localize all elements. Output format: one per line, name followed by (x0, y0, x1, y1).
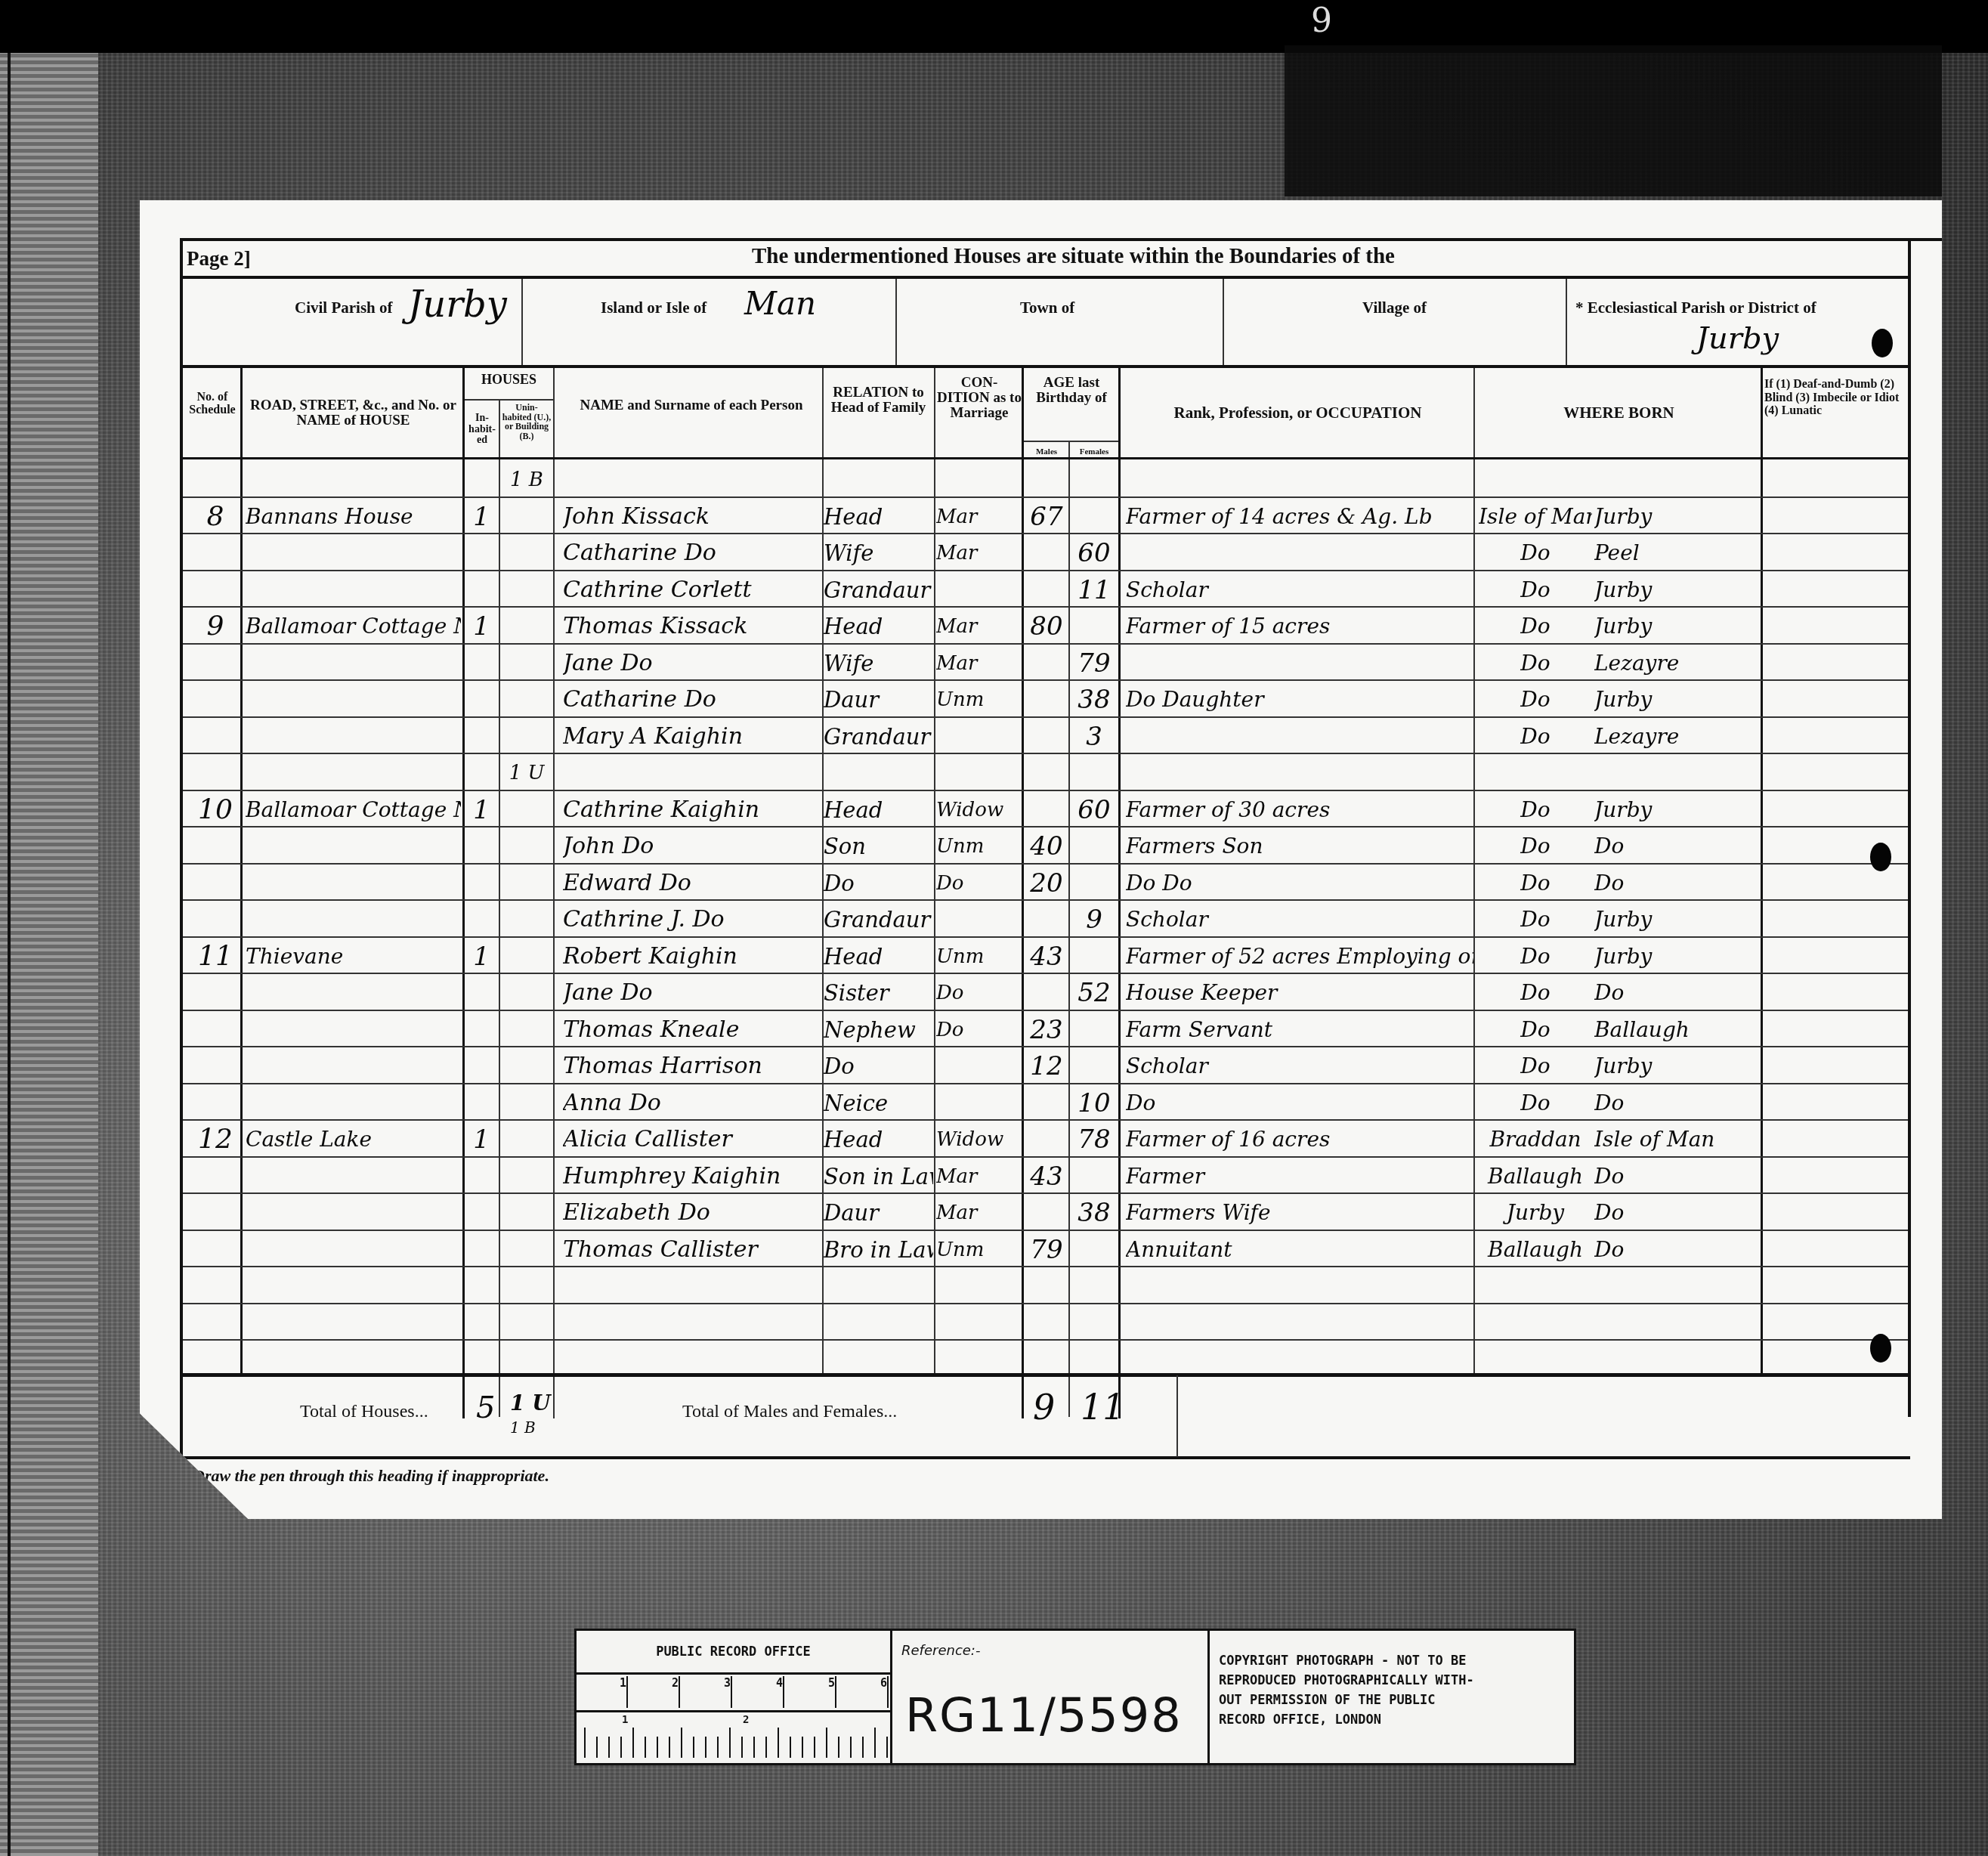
houses-subdivider (465, 399, 553, 401)
col-males-header: Males (1025, 448, 1068, 457)
row-divider (183, 1046, 1908, 1047)
cell-female-age: 52 (1071, 977, 1118, 1010)
row-divider (183, 973, 1908, 974)
cell-occupation: House Keeper (1126, 977, 1473, 1010)
frame-top (180, 238, 1988, 241)
punch-hole (1870, 1334, 1891, 1363)
cell-occupation: Farmer of 52 acres Employing one man (1126, 941, 1473, 973)
ruler-tick (886, 1737, 888, 1758)
ruler-top-line (577, 1672, 890, 1675)
cell-relation: Daur (824, 684, 933, 716)
cell-inhabited: 1 (465, 1124, 498, 1156)
totals-top-line (180, 1373, 1910, 1377)
cell-born-country: Do (1479, 1087, 1592, 1120)
reference-value: RG11/5598 (905, 1687, 1183, 1743)
ruler-tick (693, 1737, 694, 1758)
cell-born-country: Do (1479, 868, 1592, 900)
cell-born-country: Braddan (1479, 1124, 1592, 1156)
row-divider (183, 716, 1908, 718)
cell-male-age: 23 (1025, 1014, 1068, 1047)
cell-born-parish: Do (1594, 1087, 1757, 1120)
ruler-tick (645, 1737, 646, 1758)
ruler-tick (862, 1737, 864, 1758)
cell-born-parish: Do (1594, 1161, 1757, 1193)
cell-born-country: Do (1479, 684, 1592, 716)
row-divider (183, 826, 1908, 827)
cell-occupation: Do Do (1126, 868, 1473, 900)
cell-relation: Grandaur (824, 904, 933, 936)
cell-male-age: 12 (1025, 1050, 1068, 1083)
cell-name: Jane Do (563, 977, 821, 1010)
cell-condition: Mar (936, 501, 1021, 534)
row-divider (183, 899, 1908, 901)
cell-born-country: Isle of Man (1479, 501, 1592, 534)
cell-name: Thomas Kissack (563, 611, 821, 643)
cell-uninhabited: 1 U (501, 757, 552, 790)
cell-male-age: 40 (1025, 831, 1068, 863)
cell-occupation: Farmer of 15 acres (1126, 611, 1473, 643)
cell-relation: Head (824, 794, 933, 827)
ruler-cm-mark: 2 (629, 1676, 680, 1708)
ruler-tick (669, 1737, 670, 1758)
row-divider (183, 1156, 1908, 1158)
cell-male-age: 20 (1025, 868, 1068, 900)
col-relation-header: RELATION to Head of Family (824, 385, 933, 416)
cell-occupation: Farm Servant (1126, 1014, 1473, 1047)
ruler-tick (620, 1737, 622, 1758)
cell-male-age: 79 (1025, 1234, 1068, 1267)
ruler-mid-line (577, 1710, 890, 1712)
cell-condition: Do (936, 1014, 1021, 1047)
total-uninhabited: 1 U (510, 1390, 551, 1415)
row-divider (183, 863, 1908, 865)
cell-born-parish: Do (1594, 831, 1757, 863)
civil-parish-label: Civil Parish of (295, 299, 393, 317)
col-line-inhabited (499, 401, 500, 1417)
cell-name: Edward Do (563, 868, 821, 900)
row-divider (183, 1010, 1908, 1011)
cell-name: Alicia Callister (563, 1124, 821, 1156)
cell-born-parish: Do (1594, 1197, 1757, 1230)
cell-condition: Mar (936, 648, 1021, 680)
row-divider (183, 570, 1908, 571)
row-divider (183, 753, 1908, 754)
parish-divider-2 (895, 279, 897, 366)
cell-born-country: Do (1479, 1014, 1592, 1047)
cell-name: Robert Kaighin (563, 941, 821, 973)
cell-condition: Mar (936, 1197, 1021, 1230)
age-subdivider (1024, 441, 1118, 442)
cell-relation: Head (824, 941, 933, 973)
cell-name: John Kissack (563, 501, 821, 534)
cell-born-parish: Isle of Man (1594, 1124, 1757, 1156)
total-houses-label: Total of Houses... (300, 1402, 428, 1422)
cell-relation: Neice (824, 1087, 933, 1120)
cell-condition: Widow (936, 1124, 1021, 1156)
col-schedule-header: No. of Schedule (185, 391, 240, 417)
total-males: 9 (1033, 1387, 1055, 1428)
cell-occupation: Farmer of 16 acres (1126, 1124, 1473, 1156)
cell-road: Ballamoar Cottage No 2 (246, 794, 461, 827)
ecclesiastical-label: * Ecclesiastical Parish or District of (1575, 299, 1816, 317)
cell-condition: Mar (936, 537, 1021, 570)
ruler-tick (681, 1728, 682, 1758)
cell-relation: Do (824, 868, 933, 900)
cell-born-parish: Ballaugh (1594, 1014, 1757, 1047)
cell-born-country: Do (1479, 648, 1592, 680)
col-infirmity-header: If (1) Deaf-and-Dumb (2) Blind (3) Imbec… (1764, 378, 1906, 418)
cell-name: Anna Do (563, 1087, 821, 1120)
cell-born-parish: Jurby (1594, 794, 1757, 827)
row-divider (183, 1192, 1908, 1194)
cell-condition: Mar (936, 1161, 1021, 1193)
cell-born-country: Do (1479, 977, 1592, 1010)
town-label: Town of (1020, 299, 1074, 317)
totals-right-line (1176, 1375, 1178, 1457)
col-line-schedule (240, 368, 243, 1373)
col-condition-header: CON-DITION as to Marriage (937, 376, 1022, 421)
cell-occupation: Scholar (1126, 904, 1473, 936)
cell-uninhabited: 1 B (501, 464, 552, 496)
cell-name: Thomas Harrison (563, 1050, 821, 1083)
cell-schedule: 9 (193, 611, 238, 643)
parish-divider-4 (1566, 279, 1567, 366)
ruler-inch-mark: 1 (622, 1714, 628, 1726)
col-line-born (1761, 368, 1763, 1373)
cell-schedule: 10 (193, 794, 238, 827)
cell-condition: Widow (936, 794, 1021, 827)
frame-left (180, 238, 183, 1470)
cell-occupation: Farmer of 14 acres & Ag. Lb (1126, 501, 1473, 534)
cell-born-parish: Jurby (1594, 611, 1757, 643)
row-divider (183, 1083, 1908, 1084)
label-divider-1 (890, 1631, 892, 1763)
film-left-edge (0, 53, 98, 1856)
ruler-tick (632, 1728, 634, 1758)
cell-born-country: Do (1479, 721, 1592, 753)
col-houses-header: HOUSES (465, 373, 553, 387)
cell-male-age: 43 (1025, 1161, 1068, 1193)
cell-born-country: Do (1479, 904, 1592, 936)
row-divider (183, 496, 1908, 498)
cell-born-parish: Do (1594, 1234, 1757, 1267)
cell-relation: Head (824, 611, 933, 643)
cell-occupation: Farmers Son (1126, 831, 1473, 863)
parish-divider-3 (1223, 279, 1224, 366)
ruler-tick (814, 1737, 815, 1758)
ruler-tick (729, 1728, 731, 1758)
col-born-header: WHERE BORN (1477, 404, 1761, 421)
ruler-tick (657, 1737, 658, 1758)
cell-relation: Grandaur (824, 574, 933, 607)
cell-schedule: 8 (193, 501, 238, 534)
page-marker: 9 (1311, 2, 1332, 40)
cell-condition: Unm (936, 1234, 1021, 1267)
shadow-region (1285, 45, 1942, 196)
cell-name: Cathrine J. Do (563, 904, 821, 936)
cell-born-country: Jurby (1479, 1197, 1592, 1230)
row-divider (183, 1303, 1908, 1304)
row-divider (183, 1339, 1908, 1341)
ruler-tick (850, 1737, 852, 1758)
total-females: 11 (1081, 1387, 1125, 1428)
cell-relation: Head (824, 1124, 933, 1156)
ruler-tick (705, 1737, 706, 1758)
civil-parish-value: Jurby (408, 283, 507, 326)
cell-condition: Unm (936, 831, 1021, 863)
cell-name: Catharine Do (563, 684, 821, 716)
cell-born-parish: Jurby (1594, 941, 1757, 973)
cell-condition: Unm (936, 684, 1021, 716)
form-title: The undermentioned Houses are situate wi… (752, 244, 1395, 269)
cell-born-country: Ballaugh (1479, 1161, 1592, 1193)
cell-relation: Bro in Law (824, 1234, 933, 1267)
copyright-line: REPRODUCED PHOTOGRAPHICALLY WITH- (1219, 1673, 1474, 1688)
cell-born-country: Do (1479, 611, 1592, 643)
cell-name: Thomas Callister (563, 1234, 821, 1267)
cell-name: Cathrine Corlett (563, 574, 821, 607)
col-females-header: Females (1071, 448, 1118, 457)
cell-male-age: 80 (1025, 611, 1068, 643)
col-occupation-header: Rank, Profession, or OCCUPATION (1122, 404, 1473, 421)
row-divider (183, 1119, 1908, 1121)
cell-inhabited: 1 (465, 794, 498, 827)
ruler-tick (608, 1737, 610, 1758)
cell-born-parish: Jurby (1594, 684, 1757, 716)
cell-road: Ballamoar Cottage No 1 (246, 611, 461, 643)
page-label: Page 2] (187, 247, 251, 271)
row-divider (183, 643, 1908, 645)
ruler-tick (838, 1737, 839, 1758)
cell-born-country: Ballaugh (1479, 1234, 1592, 1267)
cell-name: Elizabeth Do (563, 1197, 821, 1230)
col-line-condition (1022, 368, 1024, 1418)
copyright-line: RECORD OFFICE, LONDON (1219, 1712, 1381, 1728)
cell-relation: Son in Law (824, 1161, 933, 1193)
cell-occupation: Farmers Wife (1126, 1197, 1473, 1230)
cell-occupation: Farmer of 30 acres (1126, 794, 1473, 827)
cell-name: John Do (563, 831, 821, 863)
cell-inhabited: 1 (465, 611, 498, 643)
cell-relation: Son (824, 831, 933, 863)
island-label: Island or Isle of (601, 299, 706, 317)
cell-born-parish: Jurby (1594, 574, 1757, 607)
cell-inhabited: 1 (465, 501, 498, 534)
cell-relation: Do (824, 1050, 933, 1083)
cell-born-parish: Jurby (1594, 1050, 1757, 1083)
row-divider (183, 1266, 1908, 1267)
cell-condition: Mar (936, 611, 1021, 643)
parish-row-divider (180, 365, 1910, 368)
cell-born-country: Do (1479, 831, 1592, 863)
row-divider (183, 679, 1908, 681)
cell-born-country: Do (1479, 537, 1592, 570)
col-line-occupation (1473, 368, 1475, 1373)
col-line-relation (934, 368, 935, 1373)
cell-female-age: 78 (1071, 1124, 1118, 1156)
ruler-cm-mark: 1 (577, 1676, 628, 1708)
ruler-tick (765, 1737, 767, 1758)
ruler-tick (753, 1737, 755, 1758)
total-persons-label: Total of Males and Females... (682, 1402, 897, 1422)
col-line-females (1118, 368, 1121, 1418)
ruler-tick (741, 1737, 743, 1758)
col-uninhabited-header: Unin-habited (U.), or Building (B.) (501, 403, 552, 441)
copyright-line: COPYRIGHT PHOTOGRAPH - NOT TO BE (1219, 1653, 1467, 1669)
total-inhabited: 5 (476, 1390, 495, 1425)
cell-name: Mary A Kaighin (563, 721, 821, 753)
cell-male-age: 43 (1025, 941, 1068, 973)
cell-born-country: Do (1479, 1050, 1592, 1083)
cell-born-parish: Peel (1594, 537, 1757, 570)
col-line-males (1068, 442, 1070, 1417)
punch-hole (1872, 329, 1893, 357)
cell-name: Humphrey Kaighin (563, 1161, 821, 1193)
ruler-tick (826, 1728, 827, 1758)
cell-occupation: Scholar (1126, 574, 1473, 607)
census-sheet: Page 2] The undermentioned Houses are si… (140, 200, 1942, 1519)
cell-female-age: 60 (1071, 537, 1118, 570)
copyright-line: OUT PERMISSION OF THE PUBLIC (1219, 1693, 1436, 1708)
cell-name: Cathrine Kaighin (563, 794, 821, 827)
public-record-office-label: PUBLIC RECORD OFFICE 123456 12 Reference… (574, 1629, 1576, 1765)
col-age-header: AGE last Birthday of (1025, 376, 1118, 406)
cell-relation: Grandaur (824, 721, 933, 753)
cell-occupation: Annuitant (1126, 1234, 1473, 1267)
cell-occupation: Do (1126, 1087, 1473, 1120)
cell-condition: Unm (936, 941, 1021, 973)
cell-name: Thomas Kneale (563, 1014, 821, 1047)
cell-female-age: 38 (1071, 684, 1118, 716)
cell-name: Jane Do (563, 648, 821, 680)
cell-road: Thievane (246, 941, 461, 973)
col-line-uninhabited (553, 368, 555, 1418)
ecclesiastical-value: Jurby (1696, 321, 1779, 356)
cell-occupation: Farmer (1126, 1161, 1473, 1193)
row-divider (183, 533, 1908, 534)
ruler-cm-mark: 3 (681, 1676, 732, 1708)
film-edge-line (8, 53, 11, 1856)
ruler-tick (790, 1737, 791, 1758)
cell-female-age: 3 (1071, 721, 1118, 753)
cell-relation: Wife (824, 648, 933, 680)
cell-female-age: 79 (1071, 648, 1118, 680)
cell-born-parish: Lezayre (1594, 721, 1757, 753)
ruler-cm-mark: 6 (837, 1676, 889, 1708)
ruler-tick (596, 1737, 598, 1758)
cell-occupation: Scholar (1126, 1050, 1473, 1083)
cell-relation: Nephew (824, 1014, 933, 1047)
cell-name: Catharine Do (563, 537, 821, 570)
ruler-tick (802, 1737, 803, 1758)
cell-born-parish: Do (1594, 868, 1757, 900)
cell-born-parish: Lezayre (1594, 648, 1757, 680)
row-divider (183, 790, 1908, 791)
island-value: Man (744, 285, 816, 322)
ruler-cm-mark: 4 (733, 1676, 784, 1708)
cell-born-parish: Do (1594, 977, 1757, 1010)
row-divider (183, 1230, 1908, 1231)
cell-road: Bannans House (246, 501, 461, 534)
title-divider (180, 276, 1910, 279)
punch-hole (1870, 843, 1891, 871)
frame-right (1908, 238, 1911, 1417)
cell-born-country: Do (1479, 941, 1592, 973)
ruler-tick (874, 1728, 876, 1758)
col-name-header: NAME and Surname of each Person (563, 398, 820, 413)
cell-female-age: 60 (1071, 794, 1118, 827)
parish-divider-1 (521, 279, 523, 366)
cell-born-parish: Jurby (1594, 904, 1757, 936)
ruler-cm-mark: 5 (785, 1676, 836, 1708)
totals-bottom-line (180, 1456, 1910, 1459)
cell-female-age: 11 (1071, 574, 1118, 607)
col-inhabited-header: In-habit-ed (466, 413, 498, 447)
village-label: Village of (1362, 299, 1427, 317)
ruler-tick (584, 1728, 586, 1758)
row-divider (183, 606, 1908, 608)
cell-relation: Wife (824, 537, 933, 570)
cell-relation: Head (824, 501, 933, 534)
cell-condition: Do (936, 977, 1021, 1010)
footnote: Draw the pen through this heading if ina… (193, 1466, 549, 1486)
cell-female-age: 10 (1071, 1087, 1118, 1120)
row-divider (183, 936, 1908, 938)
ruler-inch-mark: 2 (743, 1714, 749, 1726)
cell-female-age: 9 (1071, 904, 1118, 936)
col-road-header: ROAD, STREET, &c., and No. or NAME of HO… (246, 398, 461, 428)
cell-schedule: 12 (193, 1124, 238, 1156)
total-building: 1 B (510, 1418, 536, 1437)
header-bottom-line (180, 457, 1910, 459)
label-divider-2 (1207, 1631, 1210, 1763)
ruler-tick (778, 1728, 779, 1758)
pro-office-title: PUBLIC RECORD OFFICE (577, 1644, 890, 1660)
cell-relation: Daur (824, 1197, 933, 1230)
cell-born-country: Do (1479, 574, 1592, 607)
cell-female-age: 38 (1071, 1197, 1118, 1230)
cell-born-country: Do (1479, 794, 1592, 827)
cell-occupation: Do Daughter (1126, 684, 1473, 716)
cell-relation: Sister (824, 977, 933, 1010)
reference-label: Reference:- (901, 1643, 980, 1659)
cell-condition: Do (936, 868, 1021, 900)
ruler-tick (717, 1737, 719, 1758)
cell-schedule: 11 (193, 941, 238, 973)
cell-born-parish: Jurby (1594, 501, 1757, 534)
cell-inhabited: 1 (465, 941, 498, 973)
cell-road: Castle Lake (246, 1124, 461, 1156)
cell-male-age: 67 (1025, 501, 1068, 534)
